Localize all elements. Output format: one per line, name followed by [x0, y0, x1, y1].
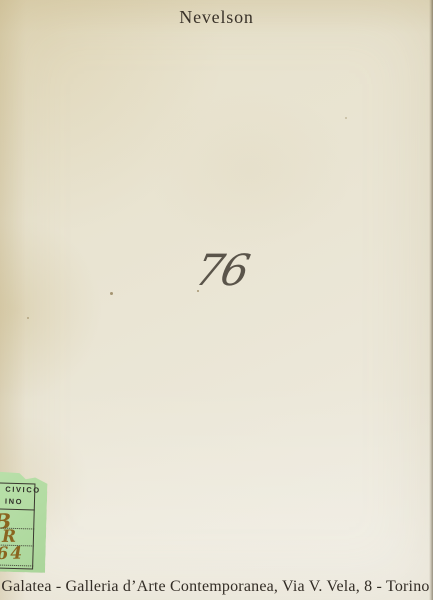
paper-speck [345, 117, 347, 119]
gallery-address-line: Galatea - Galleria d’Arte Contemporanea,… [0, 578, 431, 596]
catalog-cover-page: Nevelson 76 Galatea - Galleria d’Arte Co… [0, 0, 433, 600]
library-stamp-handwritten-3: 64 [0, 546, 24, 564]
paper-stain [150, 90, 350, 250]
paper-fade [0, 380, 433, 600]
library-stamp-printed-line-1: CIVICO [5, 485, 41, 495]
library-stamp-printed-line-2: INO [5, 497, 23, 507]
paper-speck [27, 317, 29, 319]
catalog-number: 76 [0, 246, 433, 296]
artist-name: Nevelson [0, 7, 433, 28]
library-stamp-label: CIVICO INO B R 64 [0, 471, 48, 573]
scan-page-edge [429, 0, 433, 600]
paper-stain [0, 215, 105, 405]
paper-stain [0, 0, 240, 250]
